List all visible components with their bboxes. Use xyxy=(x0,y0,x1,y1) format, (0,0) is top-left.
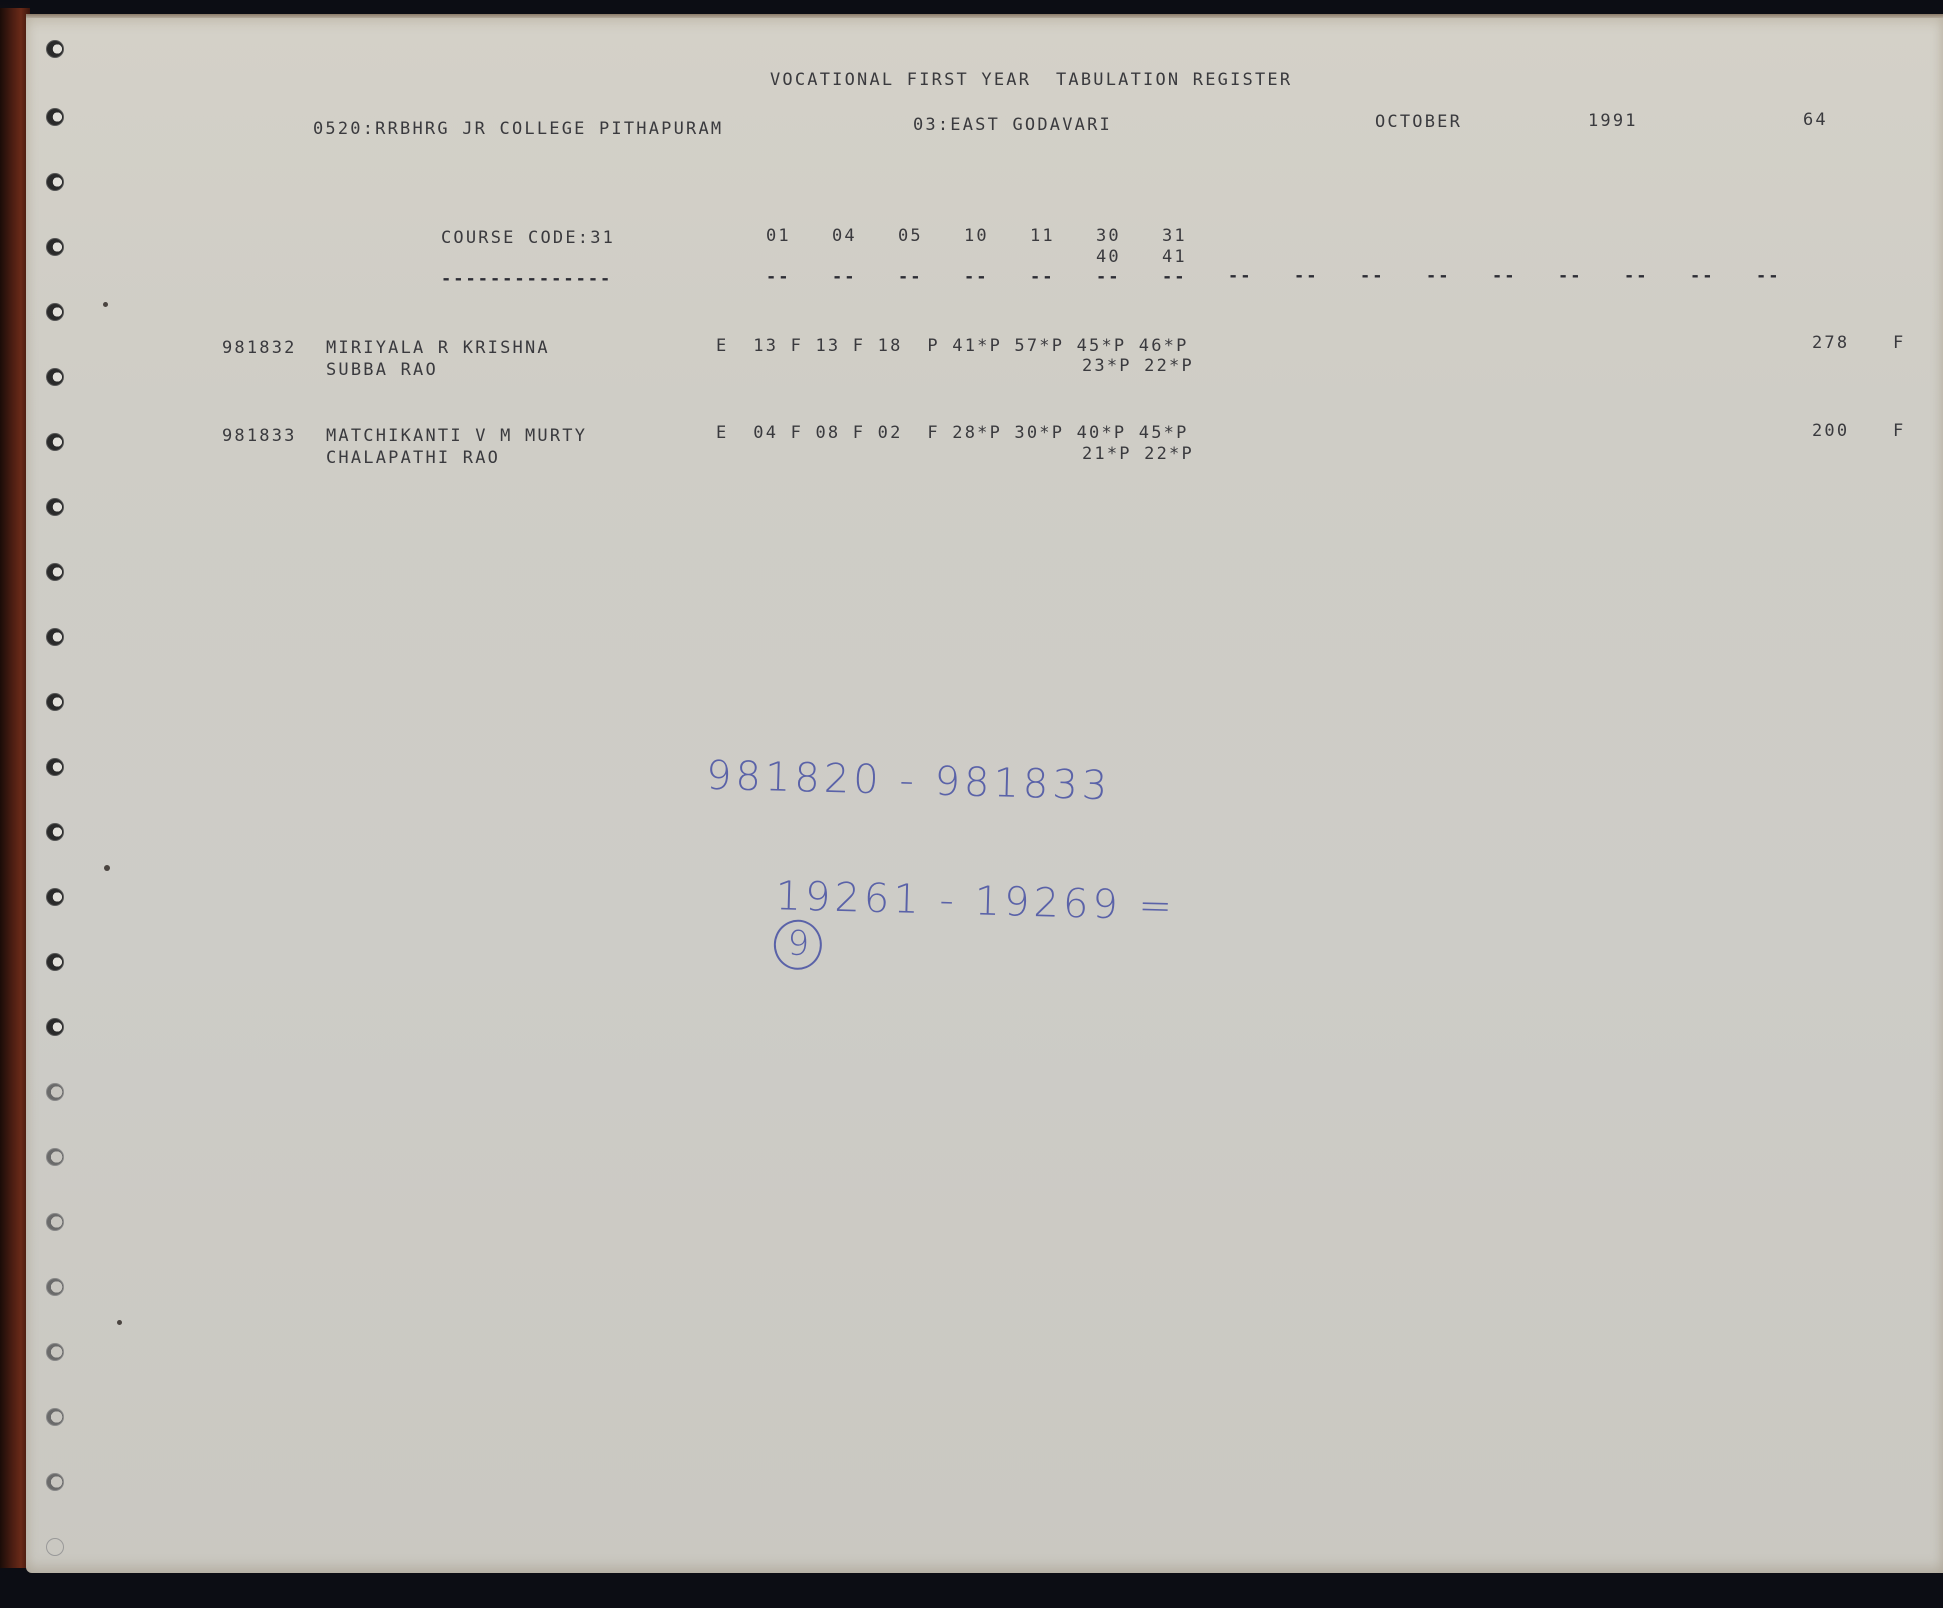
roll-number: 981832 xyxy=(222,338,297,358)
marks-line-2: 21*P 22*P xyxy=(1082,444,1194,464)
father-name: CHALAPATHI RAO xyxy=(326,448,500,468)
sprocket-hole xyxy=(46,888,64,906)
column-separator: -- xyxy=(1756,266,1780,286)
father-name: SUBBA RAO xyxy=(326,360,438,380)
subject-code: 01 xyxy=(766,226,791,246)
page-number: 64 xyxy=(1803,110,1828,130)
sprocket-hole xyxy=(46,1278,64,1296)
subject-code: 40 xyxy=(1096,247,1121,267)
column-separator: -- xyxy=(1228,266,1252,286)
sprocket-hole xyxy=(46,1538,64,1556)
subject-code: 31 xyxy=(1162,226,1187,246)
sprocket-hole xyxy=(46,498,64,516)
paper-speck xyxy=(104,865,110,871)
sprocket-hole xyxy=(46,238,64,256)
column-separator: -- xyxy=(832,267,856,287)
roll-number: 981833 xyxy=(222,426,297,446)
circled-count: 9 xyxy=(774,919,823,970)
student-name: MATCHIKANTI V M MURTY xyxy=(326,426,587,446)
column-separator: -- xyxy=(1624,266,1648,286)
sprocket-hole xyxy=(46,1473,64,1491)
college-name: 0520:RRBHRG JR COLLEGE PITHAPURAM xyxy=(313,119,723,139)
exam-month: OCTOBER xyxy=(1375,112,1462,132)
column-separator: -- xyxy=(964,267,988,287)
handwritten-number-range: 19261 - 19269 = xyxy=(775,873,1177,929)
column-separator: -- xyxy=(766,267,790,287)
marks-line: E 13 F 13 F 18 P 41*P 57*P 45*P 46*P xyxy=(716,336,1189,356)
total-marks: 278 xyxy=(1812,333,1849,353)
subject-code: 30 xyxy=(1096,226,1121,246)
paper-speck xyxy=(103,302,108,307)
marks-line: E 04 F 08 F 02 F 28*P 30*P 40*P 45*P xyxy=(716,423,1189,443)
sprocket-hole xyxy=(46,628,64,646)
total-marks: 200 xyxy=(1812,421,1849,441)
sprocket-hole xyxy=(46,693,64,711)
column-separator: -- xyxy=(1426,266,1450,286)
result-status: F xyxy=(1893,421,1905,441)
column-separator: -- xyxy=(1096,267,1120,287)
column-separator: -- xyxy=(1162,267,1186,287)
sprocket-hole xyxy=(46,368,64,386)
student-name: MIRIYALA R KRISHNA xyxy=(326,338,550,358)
sprocket-hole xyxy=(46,1148,64,1166)
column-separator: -- xyxy=(1492,266,1516,286)
sprocket-hole xyxy=(46,40,64,58)
paper-speck xyxy=(117,1320,122,1325)
course-underline: -------------- xyxy=(441,269,612,289)
report-title: VOCATIONAL FIRST YEAR TABULATION REGISTE… xyxy=(770,70,1292,90)
subject-code: 10 xyxy=(964,226,989,246)
result-status: F xyxy=(1893,333,1905,353)
sprocket-hole xyxy=(46,1343,64,1361)
sprocket-hole xyxy=(46,1018,64,1036)
sprocket-hole xyxy=(46,1083,64,1101)
exam-year: 1991 xyxy=(1588,111,1638,131)
column-separator: -- xyxy=(1030,267,1054,287)
subject-code: 05 xyxy=(898,226,923,246)
column-separator: -- xyxy=(1690,266,1714,286)
sprocket-hole xyxy=(46,758,64,776)
sprocket-hole xyxy=(46,303,64,321)
column-separator: -- xyxy=(1360,266,1384,286)
subject-code: 04 xyxy=(832,226,857,246)
column-separator: -- xyxy=(1294,266,1318,286)
sprocket-hole xyxy=(46,1213,64,1231)
handwritten-count-line: 19261 - 19269 = 9 xyxy=(740,826,1178,979)
sprocket-hole xyxy=(46,173,64,191)
sprocket-hole xyxy=(46,953,64,971)
sprocket-hole xyxy=(46,433,64,451)
marks-line-2: 23*P 22*P xyxy=(1082,356,1194,376)
subject-code: 11 xyxy=(1030,226,1055,246)
course-code-label: COURSE CODE:31 xyxy=(441,228,615,248)
column-separator: -- xyxy=(1558,266,1582,286)
sprocket-hole xyxy=(46,823,64,841)
sprocket-holes xyxy=(46,40,70,1560)
sprocket-hole xyxy=(46,563,64,581)
district-name: 03:EAST GODAVARI xyxy=(913,115,1112,135)
column-separator: -- xyxy=(898,267,922,287)
subject-code: 41 xyxy=(1162,247,1187,267)
sprocket-hole xyxy=(46,1408,64,1426)
sprocket-hole xyxy=(46,108,64,126)
